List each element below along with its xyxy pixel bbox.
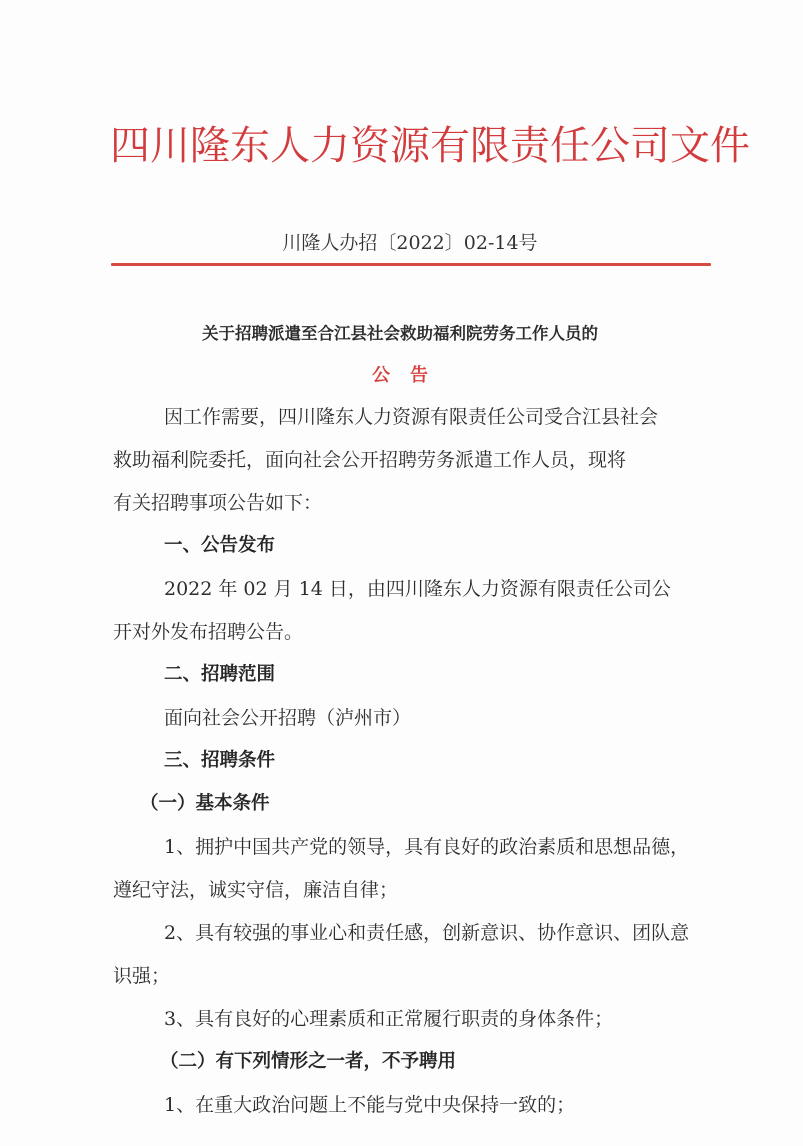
section-1-line-1: 2022 年 02 月 14 日，由四川隆东人力资源有限责任公司公 [164, 574, 671, 604]
intro-line-1: 因工作需要，四川隆东人力资源有限责任公司受合江县社会 [164, 402, 658, 432]
section-1-line-2: 开对外发布招聘公告。 [113, 617, 303, 647]
red-divider-rule [111, 263, 711, 266]
condition-2-line-2: 识强； [113, 961, 170, 991]
document-page: 四川隆东人力资源有限责任公司文件 川隆人办招〔2022〕02-14号 关于招聘派… [0, 0, 803, 1146]
disqualification-1-line-1: 1、在重大政治问题上不能与党中央保持一致的； [164, 1090, 575, 1120]
notice-subtitle: 关于招聘派遣至合江县社会救助福利院劳务工作人员的 [150, 322, 650, 346]
intro-line-2: 救助福利院委托，面向社会公开招聘劳务派遣工作人员，现将 [113, 445, 626, 475]
condition-3-line-1: 3、具有良好的心理素质和正常履行职责的身体条件； [164, 1004, 613, 1034]
condition-1-line-2: 遵纪守法，诚实守信，廉洁自律； [113, 875, 398, 905]
subsection-heading-basic: （一）基本条件 [140, 789, 270, 819]
document-number: 川隆人办招〔2022〕02-14号 [110, 228, 710, 258]
section-heading-scope: 二、招聘范围 [164, 660, 275, 690]
condition-1-line-1: 1、拥护中国共产党的领导，具有良好的政治素质和思想品德， [164, 832, 689, 862]
section-heading-conditions: 三、招聘条件 [164, 746, 275, 776]
section-2-line-1: 面向社会公开招聘（泸州市） [164, 703, 411, 733]
subsection-heading-disqualifications: （二）有下列情形之一者，不予聘用 [160, 1047, 456, 1077]
section-heading-announcement: 一、公告发布 [164, 531, 275, 561]
intro-line-3: 有关招聘事项公告如下： [113, 488, 322, 518]
org-document-title: 四川隆东人力资源有限责任公司文件 [110, 118, 710, 174]
notice-title: 公告 [300, 362, 500, 390]
condition-2-line-1: 2、具有较强的事业心和责任感，创新意识、协作意识、团队意 [164, 918, 689, 948]
